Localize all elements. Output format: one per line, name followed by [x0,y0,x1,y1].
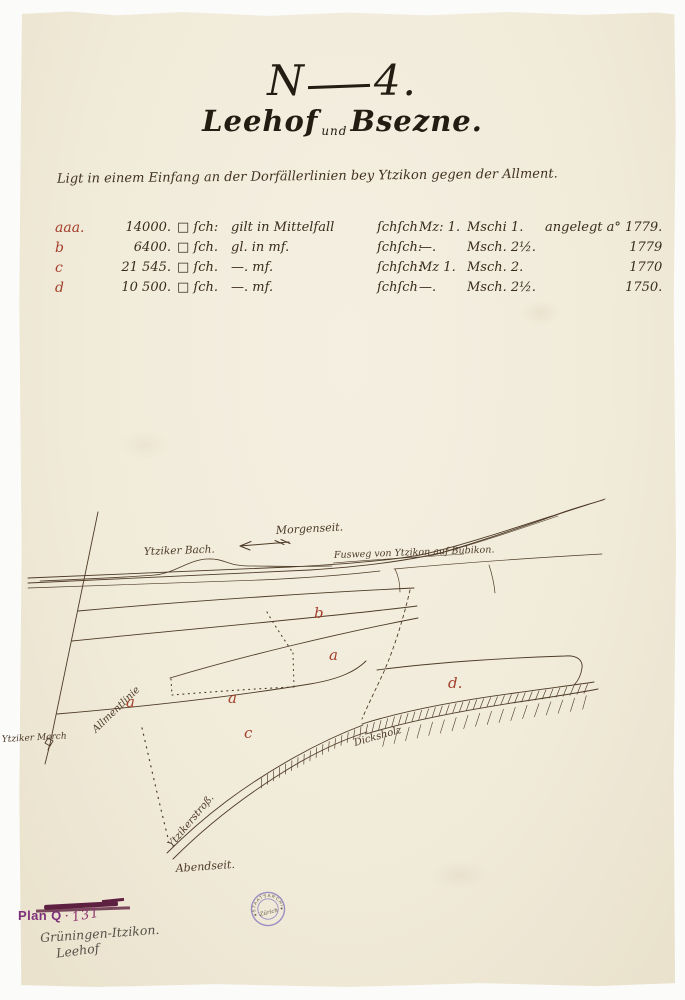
parcel-letter-d: d. [448,674,462,692]
parcel-letter-a: a [329,646,338,664]
parcel-line [57,661,366,714]
parcel-letter-b: b [314,604,324,622]
road-line [28,499,605,583]
sketch-map: Morgenseit. Ytziker Bach. Fusweg von Ytz… [0,0,685,1000]
plan-q-stamp: Plan Q [18,908,62,923]
dotted-divider [293,653,294,687]
slope-hatch-tick [385,719,388,729]
label-holz: Dicksholz [352,725,404,750]
slope-hatch-tick [466,701,469,710]
slope-hatch-tick [379,720,381,730]
slope-hatch-tick [446,705,449,714]
slope-hatch-tick [475,713,479,726]
slope-hatch-tick [570,698,574,711]
slope-hatch-tick [460,702,463,711]
slope-hatch-tick [511,707,516,720]
stream-line [40,559,332,581]
bottom-road-line [167,725,363,853]
slope-hatch-tick [501,696,505,705]
d-parcel-line [377,656,582,685]
allment-boundary-line [45,512,98,764]
slope-hatch-tick [426,709,429,719]
slope-hatch-tick [341,735,342,745]
parcel-line [72,606,417,641]
bottom-road-line [173,732,367,859]
dotted-divider [171,679,172,695]
slope-hatch-tick [432,707,435,717]
plan-signature: Plan Q · 131 [18,908,100,924]
slope-hatch-tick [440,720,444,733]
archive-stamp: STAATSARCHIV Zürich ★ ★ [247,889,288,929]
slope-hatch-tick [335,738,336,748]
parcel-line [170,618,418,678]
parcel-letter-c: c [244,724,253,742]
parcel-line [78,588,414,611]
slope-hatch-tick [583,696,587,710]
slope-hatch-tick [558,700,563,713]
stamp-center-text: Zürich [258,908,279,919]
parcel-letter-a: a [126,693,135,711]
map-drawing [28,499,605,859]
slope-hatch-tick [546,702,551,715]
scanned-plan-page: N4. LeehofundBsezne. Ligt in einem Einfa… [0,0,685,1000]
slope-hatch-tick [322,745,323,755]
slope-hatch-tick [405,713,408,723]
slope-hatch-tick [453,703,456,712]
slope-hatch-tick [487,698,491,707]
slope-hatch-tick [534,704,539,717]
slope-hatch-tick [473,700,477,709]
dotted-divider [267,612,293,653]
stamp-star-left: ★ [253,912,258,918]
slope-hatch-tick [499,709,504,722]
slope-hatch-tick [487,711,491,724]
slope-hatch-tick [523,705,528,718]
plan-separator: · [65,909,69,924]
slope-hatch-tick [399,715,402,725]
slope-hatch-tick [372,722,374,732]
hatch-guide [258,683,594,780]
slope-hatch-tick [480,699,484,708]
slope-hatch-tick [366,725,368,735]
slope-hatch-tick [439,706,442,715]
dotted-c-boundary [142,728,168,838]
slope-hatch-tick [316,748,317,758]
slope-hatch-tick [508,695,512,704]
slope-hatch-tick [584,684,588,693]
direction-arrow [240,540,290,551]
slope-hatch-tick [406,727,410,741]
label-morgenseit: Morgenseit. [274,520,343,537]
label-abendseit: Abendseit. [174,858,235,875]
slope-hatch-tick [412,712,415,722]
slope-hatch-tick [494,697,498,706]
slope-hatch-tick [329,741,330,751]
label-march: Ytziker March [2,732,67,745]
label-bach: Ytziker Bach. [144,544,215,558]
slope-hatch-tick [464,715,468,728]
slope-hatch-tick [347,733,348,743]
parcel-letter-a: a [228,689,237,707]
slope-hatch-tick [417,725,421,739]
plan-number-handwritten: 131 [70,906,100,926]
slope-hatch-tick [419,710,422,720]
slope-hatch-tick [392,717,395,727]
slope-hatch-tick [310,751,311,761]
map-labels: Morgenseit. Ytziker Bach. Fusweg von Ytz… [2,520,495,875]
slope-hatch-tick [452,718,456,731]
slope-hatch-tick [429,722,433,736]
short-boundary [489,565,495,593]
